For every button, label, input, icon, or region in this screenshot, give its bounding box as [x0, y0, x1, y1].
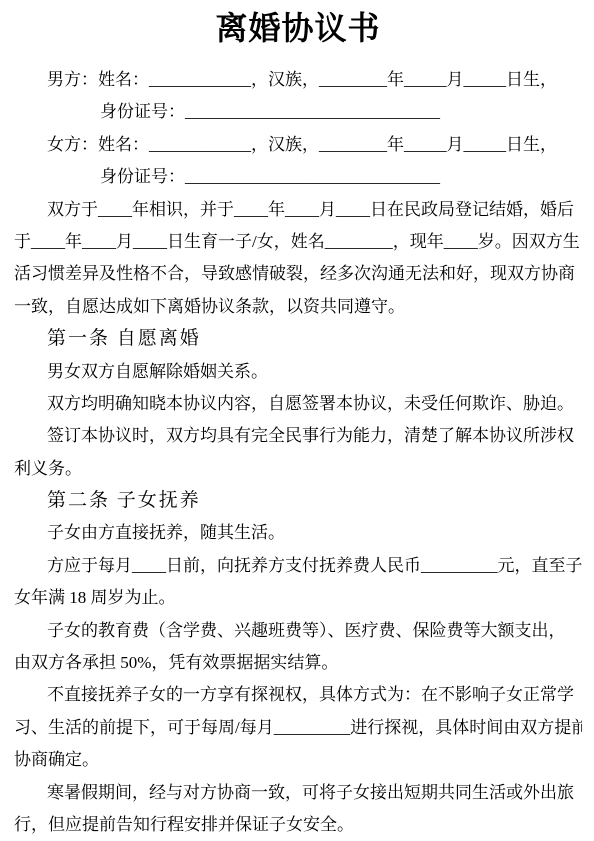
article-2-line: 协商确定。 [14, 744, 582, 776]
page-title: 离婚协议书 [14, 6, 582, 50]
party-b-id-line: 身份证号：______________________________ [14, 161, 582, 193]
article-2-heading: 第二条 子女抚养 [14, 485, 582, 517]
article-1-line: 男女双方自愿解除婚姻关系。 [14, 356, 582, 388]
intro-line: 双方于____年相识，并于____年____月____日在民政局登记结婚，婚后 [14, 194, 582, 226]
article-2-line: 不直接抚养子女的一方享有探视权，具体方式为：在不影响子女正常学 [14, 679, 582, 711]
article-2-line: 子女由方直接抚养，随其生活。 [14, 517, 582, 549]
party-b-line: 女方：姓名：____________，汉族，________年_____月___… [14, 129, 582, 161]
article-2-line: 子女的教育费（含学费、兴趣班费等）、医疗费、保险费等大额支出， [14, 615, 582, 647]
article-2-line: 寒暑假期间，经与对方协商一致，可将子女接出短期共同生活或外出旅 [14, 777, 582, 809]
article-2-line: 由双方各承担 50%，凭有效票据据实结算。 [14, 647, 582, 679]
article-2-line: 女年满 18 周岁为止。 [14, 582, 582, 614]
article-2-line: 行，但应提前告知行程安排并保证子女安全。 [14, 809, 582, 841]
article-1-heading: 第一条 自愿离婚 [14, 323, 582, 355]
document-page: 离婚协议书 男方：姓名：____________，汉族，________年___… [0, 0, 594, 841]
article-2-line: 习、生活的前提下，可于每周/每月_________进行探视，具体时间由双方提前 [14, 712, 582, 744]
intro-line: 一致，自愿达成如下离婚协议条款，以资共同遵守。 [14, 291, 582, 323]
party-a-id-line: 身份证号：______________________________ [14, 96, 582, 128]
party-a-line: 男方：姓名：____________，汉族，________年_____月___… [14, 64, 582, 96]
article-1-line: 双方均明确知晓本协议内容，自愿签署本协议，未受任何欺诈、胁迫。 [14, 388, 582, 420]
intro-line: 活习惯差异及性格不合，导致感情破裂，经多次沟通无法和好，现双方协商 [14, 258, 582, 290]
intro-line: 于____年____月____日生育一子/女，姓名________，现年____… [14, 226, 582, 258]
article-1-line: 利义务。 [14, 453, 582, 485]
article-2-line: 方应于每月____日前，向抚养方支付抚养费人民币_________元，直至子 [14, 550, 582, 582]
article-1-line: 签订本协议时，双方均具有完全民事行为能力，清楚了解本协议所涉权 [14, 420, 582, 452]
